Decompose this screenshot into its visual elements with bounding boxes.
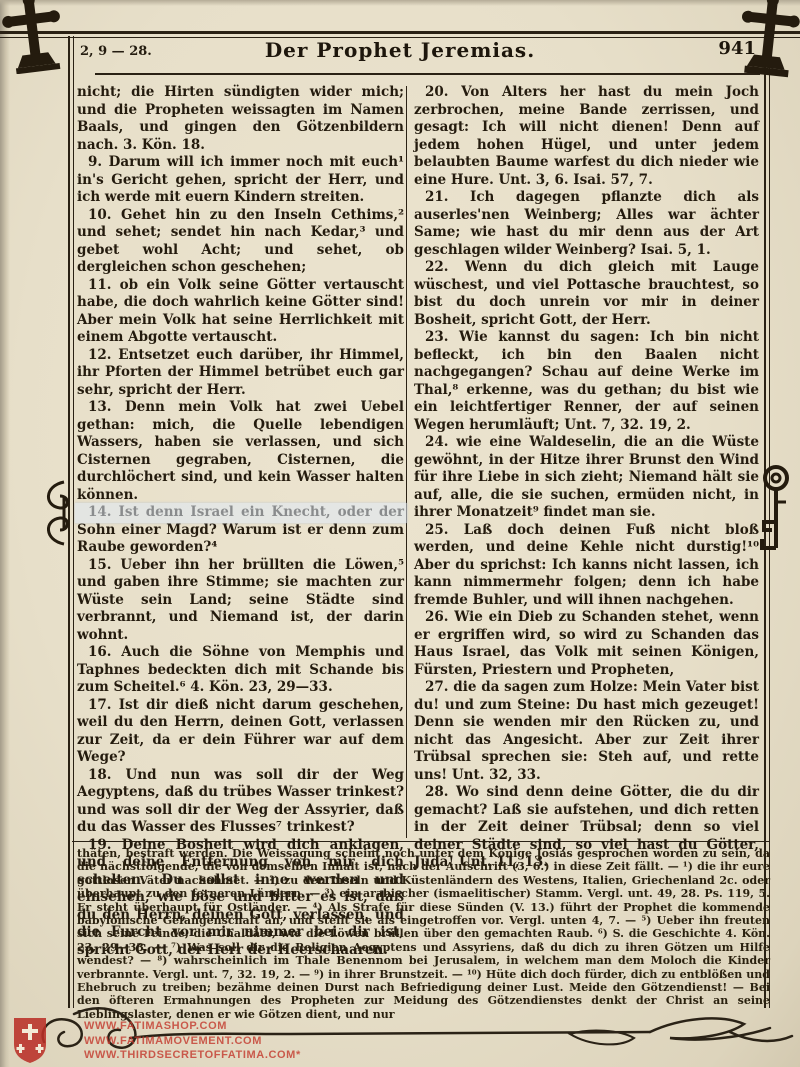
verse-paragraph: 26. Wie ein Dieb zu Schanden stehet, wen… <box>414 609 759 679</box>
verse-paragraph: 20. Von Alters her hast du mein Joch zer… <box>414 84 759 189</box>
scroll-ornament-icon <box>30 478 70 548</box>
watermark-url: WWW.FATIMASHOP.COM <box>84 1019 301 1034</box>
verse-paragraph: 15. Ueber ihn her brüllten die Löwen,⁵ u… <box>77 557 404 645</box>
verse-paragraph: 23. Wie kannst du sagen: Ich bin nicht b… <box>414 329 759 434</box>
footnotes-text: thäten, bestraft werden. Die Weissagung … <box>77 847 770 1021</box>
text-column-right: 20. Von Alters her hast du mein Joch zer… <box>414 84 759 872</box>
cross-ornament-icon <box>2 0 64 74</box>
verse-paragraph: 18. Und nun was soll dir der Weg Aegypte… <box>77 767 404 837</box>
shield-crest-icon <box>12 1016 48 1067</box>
verse-paragraph: 24. wie eine Waldeselin, die an die Wüst… <box>414 434 759 522</box>
header-rule <box>95 73 760 75</box>
verse-paragraph: 22. Wenn du dich gleich mit Lauge wüsche… <box>414 259 759 329</box>
cross-ornament-icon <box>738 0 800 78</box>
verse-paragraph: 12. Entsetzet euch darüber, ihr Himmel, … <box>77 347 404 400</box>
key-ornament-icon <box>752 462 798 562</box>
left-border-inner <box>73 36 74 1008</box>
verse-paragraph: 17. Ist dir dieß nicht darum geschehen, … <box>77 697 404 767</box>
verse-paragraph: 27. die da sagen zum Holze: Mein Vater b… <box>414 679 759 784</box>
verse-paragraph: 16. Auch die Söhne von Memphis und Taphn… <box>77 644 404 697</box>
scanned-bible-page: 2, 9 — 28. Der Prophet Jeremias. 941 nic… <box>0 0 800 1067</box>
verse-paragraph: 11. ob ein Volk seine Götter vertauscht … <box>77 277 404 347</box>
watermark-url: WWW.THIRDSECRETOFFATIMA.COM* <box>84 1048 301 1063</box>
column-divider-rule <box>406 86 407 838</box>
verse-paragraph: 13. Denn mein Volk hat zwei Uebel gethan… <box>77 399 404 504</box>
verse-paragraph: 25. Laß doch deinen Fuß nicht bloß werde… <box>414 522 759 610</box>
text-column-left: nicht; die Hirten sündigten wider mich; … <box>77 84 404 959</box>
verse-paragraph: nicht; die Hirten sündigten wider mich; … <box>77 84 404 154</box>
top-rule-thick <box>0 31 800 34</box>
page-title: Der Prophet Jeremias. <box>0 38 800 62</box>
verse-paragraph: 21. Ich dagegen pflanzte dich als auserl… <box>414 189 759 259</box>
selection-highlight <box>75 503 407 523</box>
scan-edge-shadow <box>0 0 800 6</box>
scan-gutter-shadow <box>0 0 10 1067</box>
watermark-url: WWW.FATIMAMOVEMENT.COM <box>84 1034 301 1049</box>
verse-paragraph: 10. Gehet hin zu den Inseln Cethims,² un… <box>77 207 404 277</box>
watermark-text-block: WWW.FATIMASHOP.COM WWW.FATIMAMOVEMENT.CO… <box>84 1019 301 1063</box>
verse-paragraph: 9. Darum will ich immer noch mit euch¹ i… <box>77 154 404 207</box>
